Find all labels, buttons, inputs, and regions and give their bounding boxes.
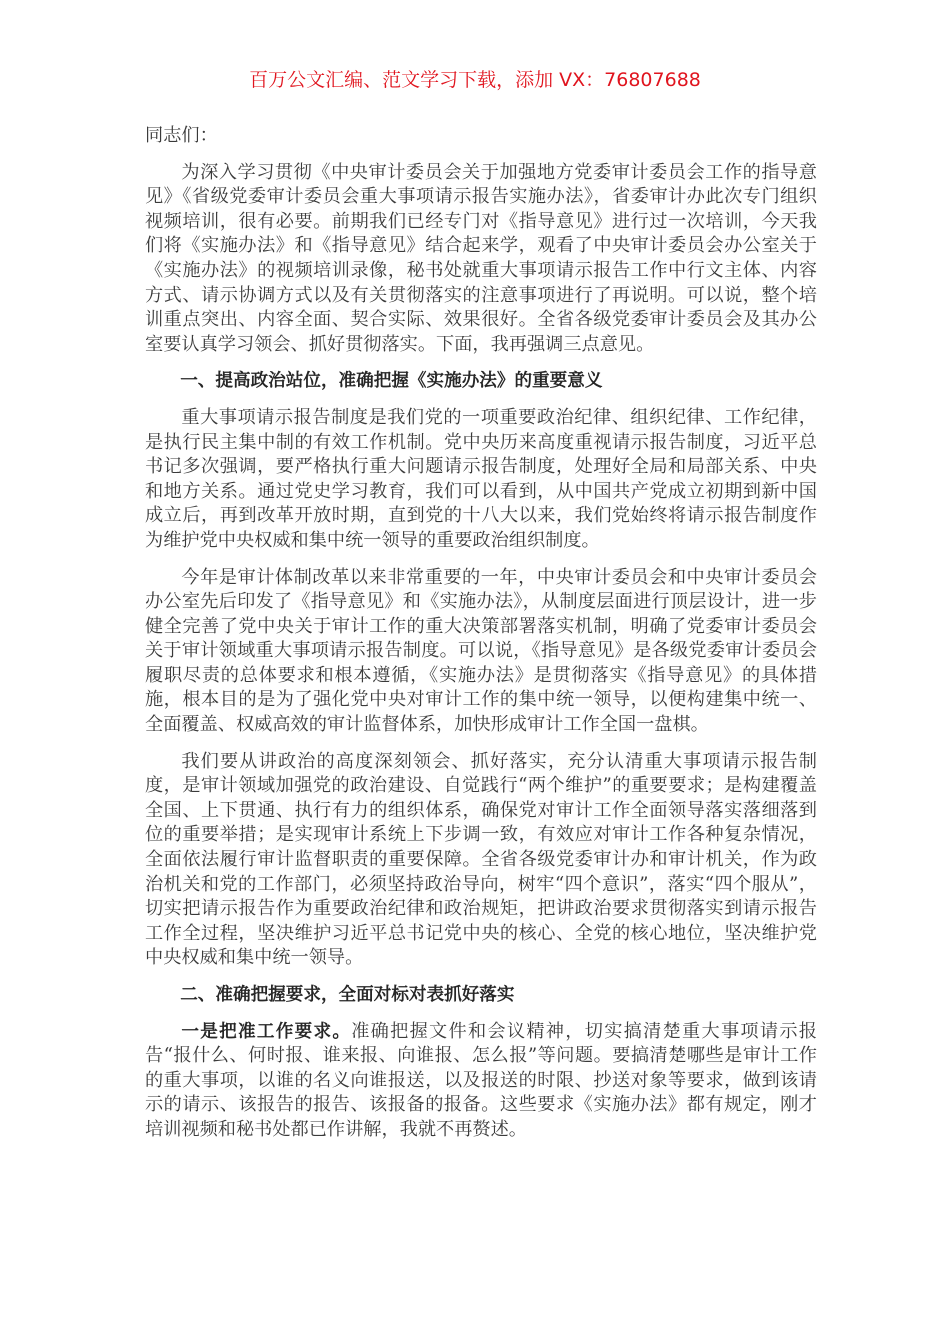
salutation: 同志们： (145, 124, 817, 149)
point-1-lead: 一是把准工作要求。 (181, 1022, 351, 1042)
section-1-heading: 一、提高政治站位，准确把握《实施办法》的重要意义 (145, 369, 817, 394)
section-2-point-1: 一是把准工作要求。准确把握文件和会议精神，切实搞清楚重大事项请示报告“报什么、何… (145, 1020, 817, 1143)
document-body: 同志们： 为深入学习贯彻《中央审计委员会关于加强地方党委审计委员会工作的指导意见… (145, 124, 817, 1155)
section-2-heading: 二、准确把握要求，全面对标对表抓好落实 (145, 983, 817, 1008)
section-1-paragraph-3: 我们要从讲政治的高度深刻领会、抓好落实，充分认清重大事项请示报告制度，是审计领域… (145, 750, 817, 971)
watermark-banner: 百万公文汇编、范文学习下载，添加 VX：76807688 (0, 66, 950, 94)
intro-paragraph: 为深入学习贯彻《中央审计委员会关于加强地方党委审计委员会工作的指导意见》《省级党… (145, 161, 817, 358)
section-1-paragraph-2: 今年是审计体制改革以来非常重要的一年，中央审计委员会和中央审计委员会办公室先后印… (145, 566, 817, 738)
document-page: 百万公文汇编、范文学习下载，添加 VX：76807688 同志们： 为深入学习贯… (0, 0, 950, 1344)
section-1-paragraph-1: 重大事项请示报告制度是我们党的一项重要政治纪律、组织纪律、工作纪律，是执行民主集… (145, 406, 817, 554)
